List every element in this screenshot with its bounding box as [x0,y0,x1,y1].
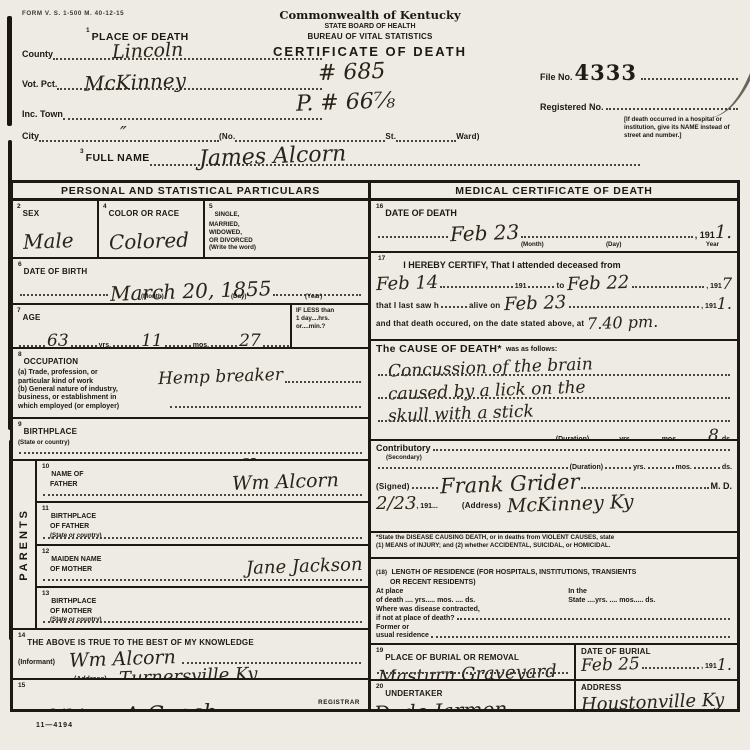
undertaker-cell: 20UNDERTAKER Dude Jarmon [371,681,576,709]
residence-contracted-2: if not at place of death? [376,615,455,623]
section-number: 15 [18,682,25,689]
city-ward-label: Ward) [456,132,479,142]
signed-date-value: 2/23 [376,495,416,513]
dotted-line [581,485,708,489]
burial-row: 19PLACE OF BURIAL OR REMOVAL Masturn Gra… [371,645,737,681]
dotted-line [648,465,674,469]
dotted-line [440,284,512,288]
marital-cell: 5SINGLE, MARRIED, WIDOWED, OR DIVORCED (… [205,201,368,257]
section-number: (18) [376,569,387,576]
residence-former-1: Former or [376,624,732,632]
mother-bp-label-3: (State or country) [50,616,142,624]
county-label: County [22,49,53,60]
bureau-line: BUREAU OF VITAL STATISTICS [248,32,492,42]
state-board-line: STATE BOARD OF HEALTH [248,23,492,31]
birthplace-label: BIRTHPLACE [24,427,78,436]
age-years-value: 63 [47,333,69,347]
certify-year3-value: 1. [717,296,732,312]
residence-heading-1: LENGTH OF RESIDENCE (FOR HOSPITALS, INST… [391,569,636,576]
full-name-row: 3FULL NAME James Alcorn [80,148,640,166]
mother-label-1: MAIDEN NAME [51,556,101,563]
parents-vertical-label: PARENTS [13,461,37,628]
sex-value: Male [23,230,74,252]
dotted-line [378,465,568,469]
section-number: 2 [17,203,21,210]
burial-date-value: Feb 25 [581,656,640,675]
dotted-line [641,76,738,80]
mother-name-value: Jane Jackson [246,555,363,577]
section-number: 10 [42,463,49,470]
full-name-line: James Alcorn [150,150,640,166]
burial-place-cell: 19PLACE OF BURIAL OR REMOVAL Masturn Gra… [371,645,576,679]
residence-at-place-2: of death .... yrs..... mos. .... ds. [376,597,568,605]
precinct-row: Vot. Pct. McKinney [22,76,322,90]
birthplace-sub: (State or country) [18,439,128,447]
occupation-a1: (a) Trade, profession, or [18,369,158,377]
occupation-b3: which employed (or employer) [18,403,168,411]
father-label-1: NAME OF [51,471,83,478]
dotted-line [528,284,554,288]
occupation-row: 8OCCUPATION (a) Trade, profession, or pa… [13,349,368,419]
father-name-row: 10NAME OF FATHER Wm Alcorn [37,461,368,503]
dotted-line [19,343,45,347]
city-st-line [396,128,456,142]
violent-causes-footnote: *State the DISEASE CAUSING DEATH, or in … [371,533,737,559]
death-certificate-scan: FORM V. S. 1-500 M. 40-12-15 1PLACE OF D… [0,0,750,750]
dotted-line [211,343,237,347]
occupation-value: Hemp breaker [158,367,284,388]
race-cell: 4COLOR OR RACE Colored [99,201,205,257]
scan-edge-mark [7,16,12,126]
filed-row: 15 Filed 2/24 , 191... A Gooch REGISTRAR [13,680,368,709]
section-number: 7 [17,307,21,314]
dod-day-label: (Day) [606,241,621,249]
father-bp-label-3: (State or country) [50,532,142,540]
contributory-mos-label: mos. [676,464,692,472]
mother-label-2: OF MOTHER [50,566,142,574]
undertaker-address-value: Houstonville Ky [581,691,725,709]
sex-cell: 2SEX Male [13,201,99,257]
full-name-label: FULL NAME [86,152,150,164]
dotted-line [285,379,361,383]
informant-block: 14THE ABOVE IS TRUE TO THE BEST OF MY KN… [13,630,368,680]
certify-alive-label: alive on [469,301,500,311]
cause-line-2: caused by a lick on the [376,379,732,402]
medical-title: MEDICAL CERTIFICATE OF DEATH [371,183,737,201]
mother-name-row: 12MAIDEN NAME OF MOTHER Jane Jackson [37,546,368,588]
commonwealth-line: Commonwealth of Kentucky [248,8,492,22]
occupation-a2: particular kind of work [18,378,158,386]
burial-date-printed: , 191 [701,663,717,671]
full-name-heading: 3FULL NAME [80,148,150,166]
certify-year2-value: 7 [722,276,732,292]
marital-l5: (Write the word) [209,244,271,252]
certify-to-date: Feb 22 [567,274,630,294]
city-line: ″ [39,128,219,142]
dotted-line [113,343,139,347]
occupation-label: OCCUPATION [24,357,79,366]
cause-line-2-value: caused by a lick on the [388,379,586,403]
age-less-l1: IF LESS than [296,307,364,315]
inc-town-label: Inc. Town [22,109,63,120]
marital-l4: OR DIVORCED [209,237,271,245]
age-months-value: 11 [141,333,163,347]
sex-label: SEX [23,209,40,218]
residence-former-2: usual residence [376,632,429,640]
age-less-l2: 1 day....hrs. [296,315,364,323]
section-number: 20 [376,683,383,690]
precinct-label: Vot. Pct. [22,79,57,90]
certify-intro: I HEREBY CERTIFY, That I attended deceas… [403,260,620,270]
section-number: 19 [376,647,383,654]
certificate-handwritten-number: # 685 [318,61,386,85]
section-number: 12 [42,548,49,555]
file-no-value: 4333 [575,60,637,85]
certificate-body: PERSONAL AND STATISTICAL PARTICULARS 2SE… [10,180,740,712]
dob-month-label: (Month) [141,293,164,301]
certify-last-date: Feb 23 [504,294,567,314]
registrar-label: REGISTRAR [318,699,360,707]
precinct-line: McKinney [57,76,322,90]
father-bp-label-2: OF FATHER [50,523,142,531]
marital-l2: MARRIED, [209,221,271,229]
section-number: 5 [209,203,213,210]
cause-line-1: Concussion of the brain [376,356,732,379]
dotted-line [431,634,730,638]
dotted-line [694,465,720,469]
dotted-line [378,234,448,238]
dotted-line [170,404,361,408]
dotted-line [605,465,631,469]
mother-bp-label-1: BIRTHPLACE [51,598,96,605]
cause-line-3: skull with a stick [376,402,732,425]
md-label: M. D. [711,481,733,492]
personal-title: PERSONAL AND STATISTICAL PARTICULARS [13,183,368,201]
dotted-line [412,485,438,489]
section-number: 13 [42,590,49,597]
contributory-ds-label: ds. [722,464,732,472]
undertaker-label: UNDERTAKER [385,689,442,698]
certify-to-label: to [556,281,564,291]
dotted-line [632,284,704,288]
dod-year-label: Year [706,241,719,249]
mother-bp-label-2: OF MOTHER [50,608,142,616]
county-value: Lincoln [112,41,184,62]
occupation-b1: (b) General nature of industry, [18,386,168,394]
residence-in-state-1: In the [568,588,732,596]
parents-block: PARENTS 10NAME OF FATHER Wm Alcorn 11BIR… [13,461,368,630]
parents-label: PARENTS [18,508,30,581]
father-label-2: FATHER [50,481,134,489]
marital-l3: WIDOWED, [209,229,271,237]
footnote-line-2: (1) MEANS of INJURY; and (2) whether ACC… [376,542,732,550]
medical-column: MEDICAL CERTIFICATE OF DEATH 16DATE OF D… [371,183,737,709]
certify-block: 17I HEREBY CERTIFY, That I attended dece… [371,253,737,341]
dod-value: Feb 23 [450,222,520,244]
city-no-line [235,128,385,142]
age-cell: 7AGE 63 yrs. 11 mos. 27 ds. [13,305,292,347]
cause-days-value: 8 [708,428,719,441]
precinct-value: McKinney [83,70,186,94]
dod-label: DATE OF DEATH [385,208,457,218]
form-number-top: FORM V. S. 1-500 M. 40-12-15 [22,10,124,18]
age-days-value: 27 [239,333,261,347]
undertaker-value: Dude Jarmon [374,699,508,709]
dob-value: March 20, 1855 [109,278,271,304]
dod-year-printed: , 191 [695,230,715,241]
cause-line-1-value: Concussion of the brain [388,356,593,380]
certify-saw-label: that I last saw h [376,301,439,311]
dotted-line [521,234,693,238]
city-st-label: St. [385,132,396,142]
certify-time-value: 7.40 pm. [587,314,659,332]
section-number: 14 [18,632,25,639]
certify-year2: , 191 [706,283,722,291]
undertaker-row: 20UNDERTAKER Dude Jarmon ADDRESS Houston… [371,681,737,709]
dotted-line [71,343,97,347]
registered-no-row: Registered No. [540,102,740,113]
form-number-bottom: 11—4194 [36,722,73,730]
dotted-line [457,616,730,620]
section-number: 17 [378,255,385,262]
dob-row: 6DATE OF BIRTH March 20, 1855 (Month) (D… [13,259,368,305]
section-number: 9 [18,421,22,428]
age-months-label: mos. [193,342,209,347]
inc-town-row: Inc. Town [22,106,322,120]
section-number: 11 [42,505,49,512]
burial-place-value: Masturn Graveyard [378,663,557,679]
commonwealth-heading: Commonwealth of Kentucky STATE BOARD OF … [248,8,492,59]
certificate-title: CERTIFICATE OF DEATH [248,44,492,59]
father-birthplace-row: 11BIRTHPLACE OF FATHER (State or country… [37,503,368,545]
dod-month-label: (Month) [521,241,544,249]
file-no-row: File No. 4333 [540,60,740,83]
informant-label: (Informant) [18,659,55,667]
contributory-yrs-label: yrs. [633,464,645,472]
dotted-line [20,292,108,296]
signed-date-printed: , 191... [416,503,437,511]
city-label: City [22,131,39,142]
contributory-block: Contributory (Secondary) (Duration) yrs.… [371,441,737,533]
mother-birthplace-row: 13BIRTHPLACE OF MOTHER (State or country… [37,588,368,628]
footnote-line-1: *State the DISEASE CAUSING DEATH, or in … [376,534,732,542]
signed-label: (Signed) [376,482,410,492]
precinct-handwritten-number: P. # 66⅞ [296,90,396,115]
parents-rows: 10NAME OF FATHER Wm Alcorn 11BIRTHPLACE … [37,461,368,628]
city-value: ″ [120,125,127,143]
dob-label: DATE OF BIRTH [24,267,88,276]
informant-heading: THE ABOVE IS TRUE TO THE BEST OF MY KNOW… [27,638,254,647]
registered-no-label: Registered No. [540,102,604,113]
physician-address-label: (Address) [462,501,501,511]
dotted-line [182,660,361,664]
dotted-line [263,343,289,347]
certify-stated-label: and that death occured, on the date stat… [376,319,584,329]
occupation-b2: business, or establishment in [18,394,168,402]
burial-year-value: 1. [717,657,732,673]
file-no-label: File No. [540,72,573,83]
informant-address-value: Turnersville Ky [118,666,257,680]
hospital-note: [If death occurred in a hospital or inst… [624,116,742,139]
cause-label: The CAUSE OF DEATH* [376,343,502,356]
father-name-value: Wm Alcorn [232,471,339,494]
section-number: 4 [103,203,107,210]
physician-address-value: McKinney Ky [507,493,634,516]
dotted-line [433,447,731,451]
cause-label-2: was as follows: [506,346,557,354]
dotted-line [642,665,699,669]
dotted-line [441,304,467,308]
burial-date-cell: DATE OF BURIAL Feb 25 , 191 1. [576,645,737,679]
certify-year3: , 191 [701,303,717,311]
city-no-label: (No. [219,132,235,142]
dod-year-value: 1. [715,224,732,242]
sex-race-marital-row: 2SEX Male 4COLOR OR RACE Colored 5SINGLE… [13,201,368,259]
dob-day-label: (Day) [231,293,246,301]
city-row: City ″ (No. St. Ward) [22,128,620,142]
residence-at-place-1: At place [376,588,568,596]
father-bp-label-1: BIRTHPLACE [51,513,96,520]
filed-date-value: 2/24 [47,708,85,709]
race-label: COLOR OR RACE [109,209,180,218]
race-value: Colored [109,230,190,253]
section-number: 1 [86,27,90,34]
section-number: 6 [18,261,22,268]
age-years-label: yrs. [99,342,111,347]
age-less-l3: or....min.? [296,323,364,331]
cause-line-3-value: skull with a stick [388,403,534,425]
personal-column: PERSONAL AND STATISTICAL PARTICULARS 2SE… [13,183,371,709]
residence-heading-2: OR RECENT RESIDENTS) [390,579,732,587]
age-row: 7AGE 63 yrs. 11 mos. 27 ds. [13,305,368,349]
birthplace-row: 9BIRTHPLACE (State or country) Lincoln C… [13,419,368,461]
date-of-death-row: 16DATE OF DEATH Feb 23 , 191 1. (Month) … [371,201,737,253]
certify-year1: 191 [515,283,527,291]
age-less-than-cell: IF LESS than 1 day....hrs. or....min.? [292,305,368,347]
dob-year-label: (Year) [305,293,322,301]
certify-from-date: Feb 14 [376,274,439,294]
contributory-label: Contributory [376,443,431,454]
cause-of-death-block: The CAUSE OF DEATH* was as follows: Conc… [371,341,737,441]
dotted-line [569,304,699,308]
residence-block: (18) LENGTH OF RESIDENCE (FOR HOSPITALS,… [371,559,737,645]
undertaker-address-cell: ADDRESS Houstonville Ky [576,681,737,709]
marital-l1: SINGLE, [215,211,240,218]
full-name-value: James Alcorn [198,143,346,170]
section-number: 3 [80,148,84,155]
section-number: 16 [376,203,383,210]
residence-in-state-2: State ....yrs. .... mos..... ds. [568,597,732,605]
contributory-sub-label: (Secondary) [386,454,732,462]
dotted-line [606,106,738,110]
age-label: AGE [23,313,41,322]
dotted-line [165,343,191,347]
section-number: 8 [18,351,22,358]
burial-place-label: PLACE OF BURIAL OR REMOVAL [385,653,519,662]
inc-town-line [63,106,322,120]
residence-contracted-1: Where was disease contracted, [376,606,732,614]
registrar-signature: A Gooch [123,702,217,709]
